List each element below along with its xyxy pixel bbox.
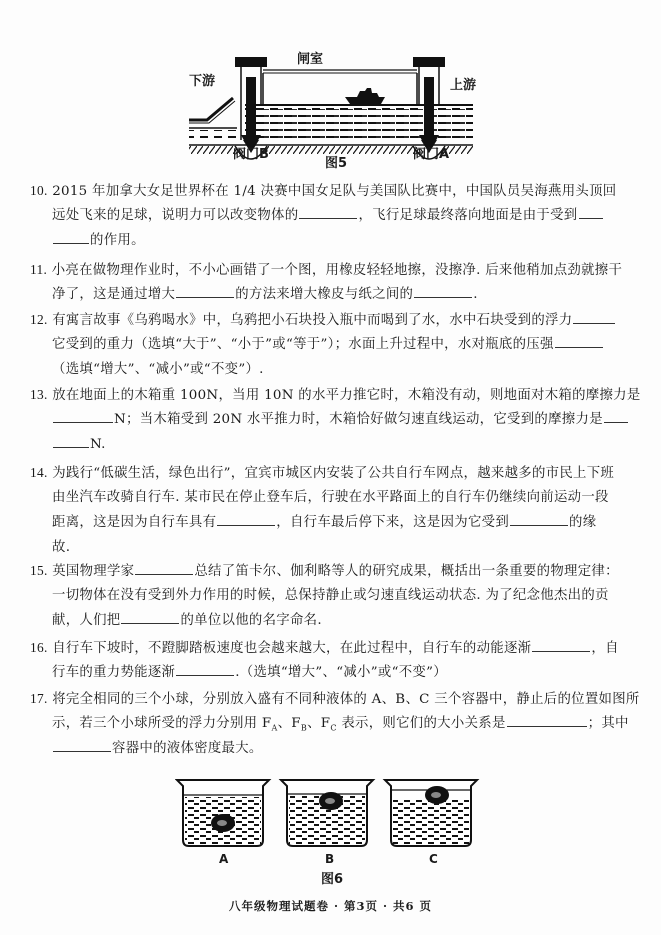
answer-blank[interactable] [604,408,628,423]
answer-blank-continued[interactable] [53,433,89,448]
beaker-c-label: C [429,852,438,866]
question-text: . [473,287,478,302]
question-number: 11. [30,262,47,277]
figure-6-caption: 图6 [321,868,343,887]
exam-page: 闸室 下游 上游 阀门B 阀门A 图5 10. 2015 年加拿大女足世界杯在 … [0,0,661,935]
question-text: 有寓言故事《乌鸦喝水》中，乌鸦把小石块投入瓶中而喝到了水，水中石块受到的浮力 [52,313,572,328]
question-text: 表示，则它们的大小关系是 [337,716,506,731]
question-10: 10. 2015 年加拿大女足世界杯在 1/4 决赛中国女足队与美国队比赛中，中… [30,178,640,253]
answer-blank[interactable] [579,204,603,219]
answer-blank[interactable] [507,712,587,727]
question-number: 12. [30,312,48,327]
answer-blank[interactable] [510,511,568,526]
question-text: 放在地面上的木箱重 100N，当用 10N 的水平力推它时，木箱没有动，则地面对… [52,388,640,403]
question-14: 14. 为践行“低碳生活，绿色出行”，宜宾市城区内安装了公共自行车网点，越来越多… [30,460,640,560]
answer-blank[interactable] [53,737,111,752]
answer-blank[interactable] [555,333,603,348]
question-text: N；当木箱受到 20N 水平推力时，木箱恰好做匀速直线运动，它受到的摩擦力是 [114,412,603,427]
question-text: ，飞行足球最终落向地面是由于受到 [358,208,577,223]
question-text: 的缘 [569,515,596,530]
answer-blank[interactable] [532,637,590,652]
question-text: ，自行车最后停下来，这是因为它受到 [276,515,509,530]
question-text: 2015 年加拿大女足世界杯在 1/4 决赛中国女足队与美国队比赛中，中国队员吴… [52,184,616,199]
question-text: 净了，这是通过增大 [52,287,175,302]
answer-blank[interactable] [53,408,113,423]
question-text: 容器中的液体密度最大。 [112,741,263,756]
question-text: 的单位以他的名字命名. [180,613,321,628]
question-text: 故. [52,540,70,555]
answer-blank[interactable] [121,609,179,624]
label-valve-a: 阀门A [413,143,449,162]
question-text: 小亮在做物理作业时，不小心画错了一个图，用橡皮轻轻地擦，没擦净. 后来他稍加点劲… [52,263,622,278]
question-number: 13. [30,387,48,402]
question-text: N. [90,437,106,452]
question-number: 17. [30,691,48,706]
question-text: 行车的重力势能逐渐 [52,665,175,680]
label-upstream: 上游 [450,74,476,93]
question-text: 一切物体在没有受到外力作用的时候，总保持静止或匀速直线运动状态. 为了纪念他杰出… [52,588,609,603]
question-text: .（选填“增大”、“减小”或“不变”） [235,665,447,680]
question-11: 11. 小亮在做物理作业时，不小心画错了一个图，用橡皮轻轻地擦，没擦净. 后来他… [30,257,640,307]
question-text: 献，人们把 [52,613,120,628]
beaker-b-label: B [325,852,334,866]
question-text: 、F [307,716,330,731]
question-text: 自行车下坡时，不蹬脚踏板速度也会越来越大，在此过程中，自行车的动能逐渐 [52,641,531,656]
answer-blank[interactable] [414,283,472,298]
answer-blank[interactable] [176,283,234,298]
question-12: 12. 有寓言故事《乌鸦喝水》中，乌鸦把小石块投入瓶中而喝到了水，水中石块受到的… [30,307,640,382]
answer-blank[interactable] [573,309,615,324]
answer-blank[interactable] [176,661,234,676]
question-15: 15. 英国物理学家总结了笛卡尔、伽利略等人的研究成果，概括出一条重要的物理定律… [30,558,640,633]
label-valve-b: 阀门B [233,143,269,162]
figure-5-ship-lock: 闸室 下游 上游 阀门B 阀门A 图5 [185,50,485,180]
question-16: 16. 自行车下坡时，不蹬脚踏板速度也会越来越大，在此过程中，自行车的动能逐渐，… [30,635,640,685]
beaker-b [281,780,373,846]
question-13: 13. 放在地面上的木箱重 100N，当用 10N 的水平力推它时，木箱没有动，… [30,382,640,457]
question-17: 17. 将完全相同的三个小球，分别放入盛有不同种液体的 A、B、C 三个容器中，… [30,686,640,761]
figure-5-caption: 图5 [325,152,347,171]
answer-blank-continued[interactable] [53,229,89,244]
question-number: 10. [30,183,48,198]
question-text: 距离，这是因为自行车具有 [52,515,216,530]
question-text: 英国物理学家 [52,564,134,579]
beaker-a-label: A [219,852,228,866]
question-text: 将完全相同的三个小球，分别放入盛有不同种液体的 A、B、C 三个容器中，静止后的… [52,692,639,707]
question-text: 它受到的重力（选填“大于”、“小于”或“等于”）；水面上升过程中，水对瓶底的压强 [52,337,554,352]
question-text: ，自 [591,641,618,656]
label-lock-chamber: 闸室 [297,48,323,67]
question-text: 远处飞来的足球，说明力可以改变物体的 [52,208,298,223]
question-number: 15. [30,563,48,578]
label-downstream: 下游 [189,70,215,89]
page-footer: 八年级物理试题卷 · 第3页 · 共6 页 [0,898,661,914]
question-number: 16. [30,640,48,655]
question-number: 14. [30,465,48,480]
question-text: 的作用。 [90,233,145,248]
question-text: 由坐汽车改骑自行车. 某市民在停止登车后，行驶在水平路面上的自行车仍继续向前运动… [52,490,609,505]
question-text: （选填“增大”、“减小”或“不变”）. [52,362,264,377]
answer-blank[interactable] [217,511,275,526]
question-text: 的方法来增大橡皮与纸之间的 [235,287,413,302]
question-text: 示，若三个小球所受的浮力分别用 F [52,716,272,731]
beaker-c [385,780,477,846]
answer-blank[interactable] [299,204,357,219]
answer-blank[interactable] [135,560,193,575]
question-text: 、F [278,716,301,731]
question-text: 为践行“低碳生活，绿色出行”，宜宾市城区内安装了公共自行车网点，越来越多的市民上… [52,466,614,481]
question-text: ；其中 [588,716,629,731]
beaker-a [177,780,269,846]
question-text: 总结了笛卡尔、伽利略等人的研究成果，概括出一条重要的物理定律： [194,564,618,579]
figure-6-beakers: A B C 图6 [175,770,485,880]
